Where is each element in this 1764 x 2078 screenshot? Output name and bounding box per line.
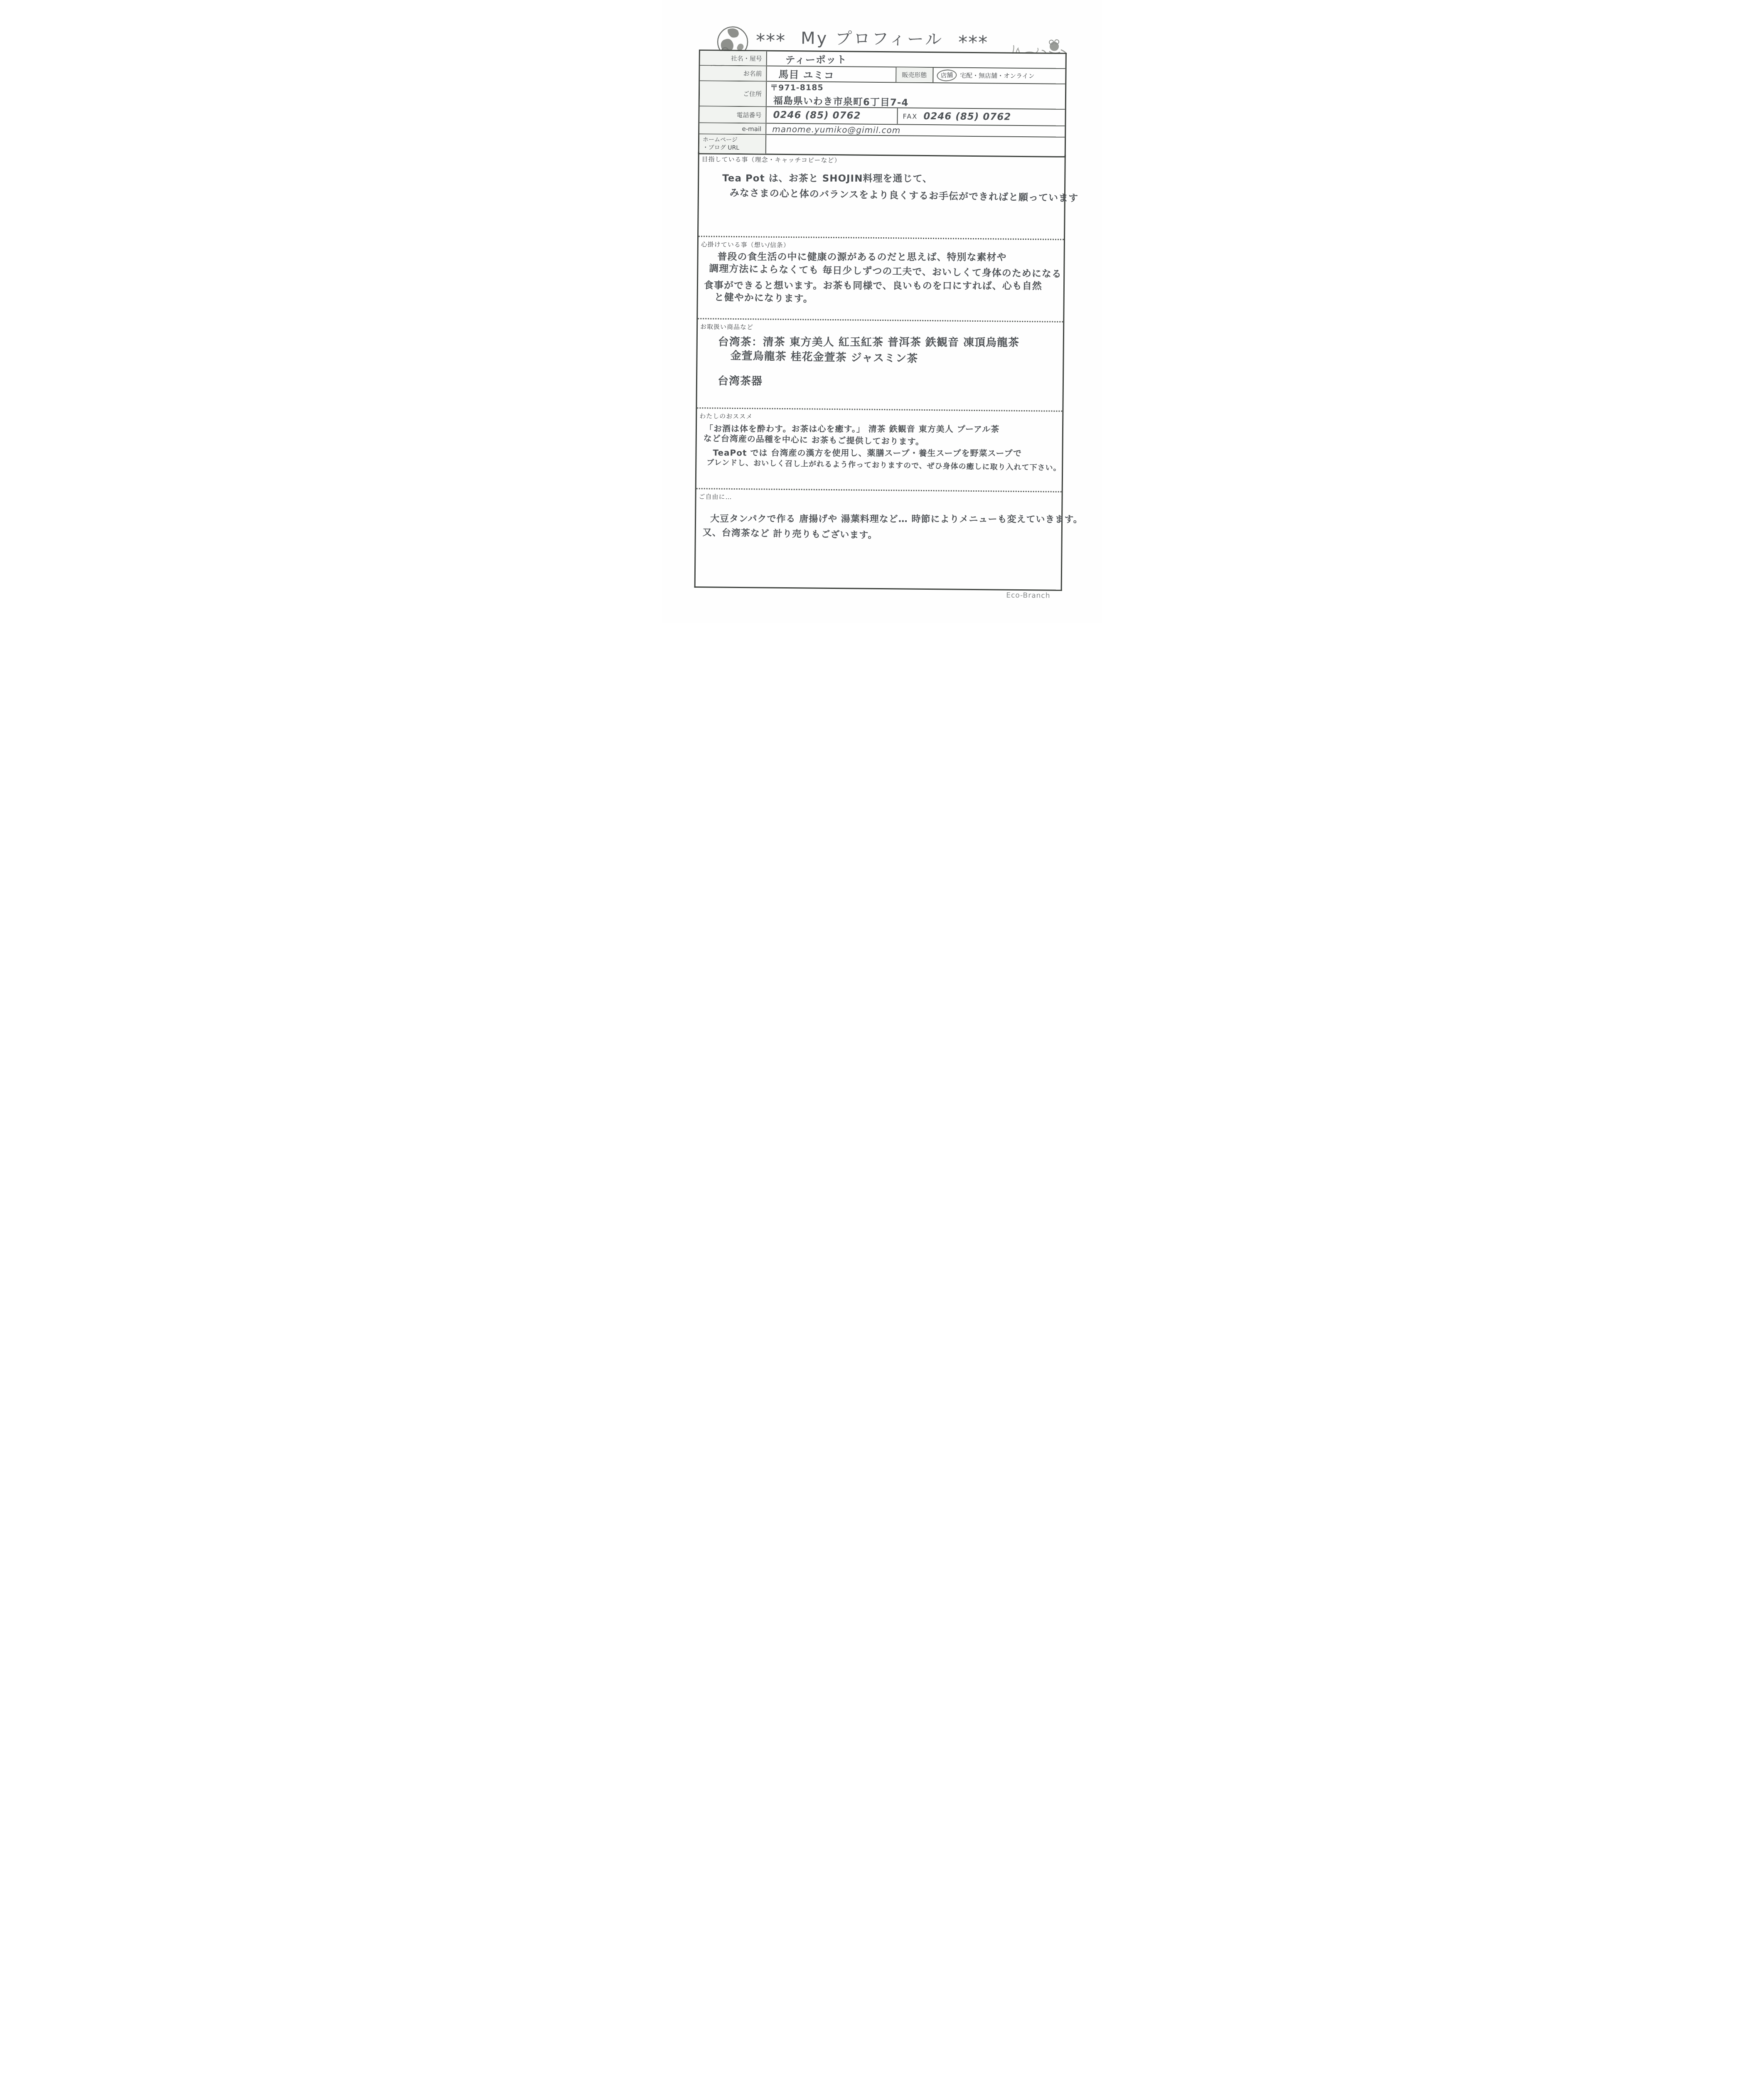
handwritten-line: TeaPot では 台湾産の漢方を使用し、薬膳スープ・養生スープを野菜スープで [696,448,1062,458]
profile-sections: 目指している事（理念・キャッチコピーなど） Tea Pot は、お茶と SHOJ… [694,152,1066,591]
handwritten-line: など台湾産の品種を中心に お茶もご提供しております。 [697,433,1062,449]
handwritten-line: と健やかになります。 [698,292,1063,308]
section-goal: 目指している事（理念・キャッチコピーなど） Tea Pot は、お茶と SHOJ… [699,152,1065,239]
address-label: ご住所 [700,81,767,106]
profile-table: 社名・屋号 ティーポット お名前 馬目 ユミコ 販売形態 店舗 宅配・無店舗・オ… [698,49,1067,158]
section-recommend: わたしのおススメ 「お酒は体を酔わす。お茶は心を癒す。」 清茶 鉄観音 東方美人… [696,407,1063,491]
handwritten-line: ブレンドし、おいしく召し上がれるよう作っておりますので、ぜひ身体の癒しに取り入れ… [696,458,1062,473]
name-value: 馬目 ユミコ [767,66,834,82]
handwritten-line: 又、台湾茶など 計り売りもございます。 [696,527,1061,544]
section-beliefs: 心掛けている事（想い/信条） 普段の食生活の中に健康の源があるのだと思えば、特別… [698,236,1064,321]
section-free-heading: ご自由に… [696,491,1061,504]
sales-format-options: 店舗 宅配・無店舗・オンライン [933,68,1065,84]
handwritten-line: 台湾茶：清茶 東方美人 紅玉紅茶 普洱茶 鉄観音 凍頂烏龍茶 [698,336,1063,349]
row-name: お名前 馬目 ユミコ 販売形態 店舗 宅配・無店舗・オンライン [700,65,1065,84]
handwritten-line: Tea Pot は、お茶と SHOJIN料理を通じて、 [699,173,1064,185]
fax-label: FAX [903,112,918,120]
address-value: 福島県いわき市泉町6丁目7-4 [767,93,909,108]
phone-value: 0246 (85) 0762 [766,110,861,121]
handwritten-line: 台湾茶器 [697,375,1063,388]
handwritten-line: 調理方法によらなくても 毎日少しずつの工夫で、おいしくて身体のためになる [698,263,1063,280]
section-beliefs-heading: 心掛けている事（想い/信条） [699,239,1064,252]
page-title: *** My プロフィール *** [756,25,1014,50]
handwritten-line: 大豆タンパクで作る 唐揚げや 湯葉料理など… 時節によりメニューも変えていきます… [696,514,1061,525]
sales-format-label: 販売形態 [896,67,933,82]
homepage-label: ホームページ ・ブログ URL [699,134,766,153]
name-label: お名前 [700,66,767,81]
handwritten-line: 「お酒は体を酔わす。お茶は心を癒す。」 清茶 鉄観音 東方美人 プーアル茶 [697,424,1062,434]
address-postal: 〒971-8185 [767,81,824,93]
homepage-label-line2: ・ブログ URL [703,144,739,152]
section-goal-heading: 目指している事（理念・キャッチコピーなど） [699,153,1065,167]
company-label: 社名・屋号 [700,51,767,65]
handwritten-line: 金萱烏龍茶 桂花金萱茶 ジャスミン茶 [697,350,1063,368]
page-title-text: My プロフィール [801,25,943,50]
fax-value: 0246 (85) 0762 [923,111,1011,123]
handwritten-line: 食事ができると想います。お茶も同様で、良いものを口にすれば、心も自然 [698,280,1063,292]
phone-label: 電話番号 [699,106,766,123]
paper: *** My プロフィール *** 社名・屋号 ティーポット お名前 馬目 ユミ… [662,0,1102,623]
row-phone: 電話番号 0246 (85) 0762 FAX 0246 (85) 0762 [699,106,1065,126]
section-free: ご自由に… 大豆タンパクで作る 唐揚げや 湯葉料理など… 時節によりメニューも変… [696,488,1062,590]
sales-selected-badge: 店舗 [936,69,957,81]
homepage-label-line1: ホームページ [703,136,738,144]
title-stars-left: *** [756,30,786,52]
section-products-heading: お取扱い商品など [698,321,1063,334]
row-address: ご住所 〒971-8185 福島県いわき市泉町6丁目7-4 [700,80,1065,109]
title-stars-right: *** [958,32,988,54]
company-value: ティーポット [767,51,847,66]
sales-other-options: 宅配・無店舗・オンライン [960,71,1035,81]
handwritten-line: みなさまの心と体のバランスをより良くするお手伝ができればと願っています [699,187,1064,204]
section-products: お取扱い商品など 台湾茶：清茶 東方美人 紅玉紅茶 普洱茶 鉄観音 凍頂烏龍茶 … [697,318,1063,411]
section-recommend-heading: わたしのおススメ [697,410,1062,423]
scanned-profile-sheet: *** My プロフィール *** 社名・屋号 ティーポット お名前 馬目 ユミ… [662,0,1102,623]
handwritten-line: 普段の食生活の中に健康の源があるのだと思えば、特別な素材や [699,251,1064,263]
email-label: e-mail [699,123,766,134]
email-value: manome.yumiko@gimil.com [766,124,900,135]
